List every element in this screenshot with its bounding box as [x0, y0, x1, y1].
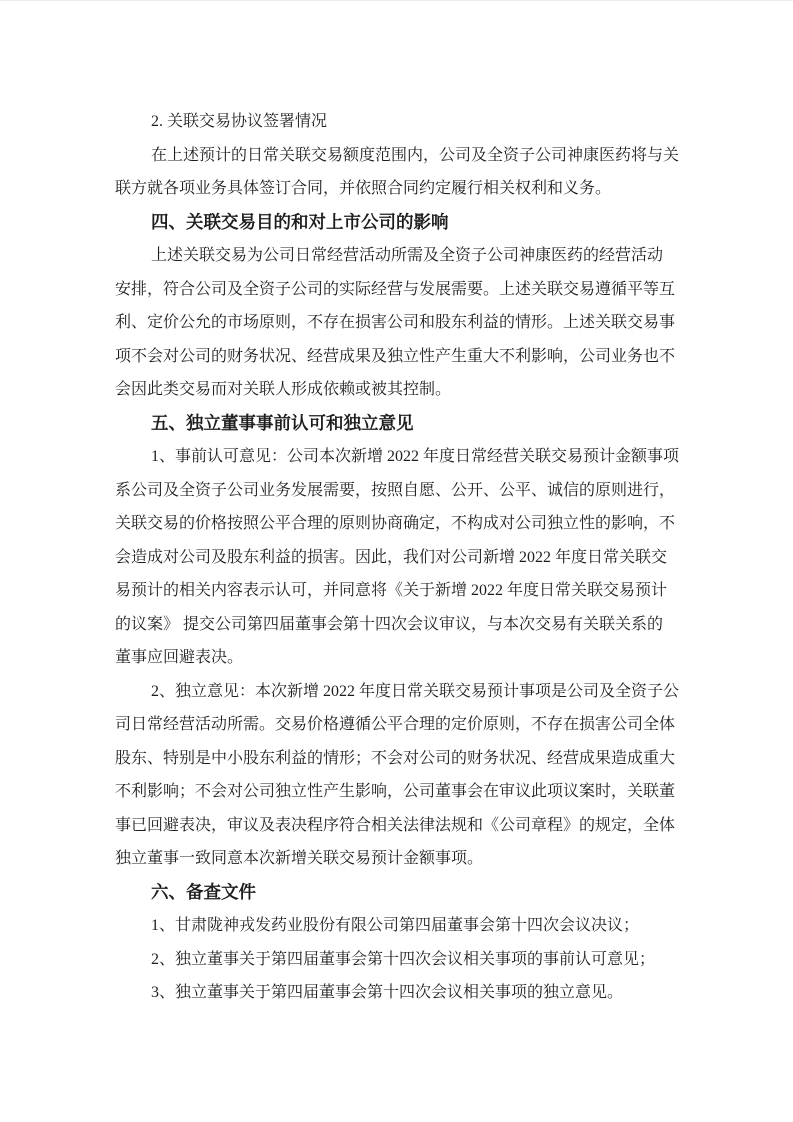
doc-line: 2. 关联交易协议签署情况: [115, 105, 677, 139]
doc-line: 2、独立意见：本次新增 2022 年度日常关联交易预计事项是公司及全资子公: [115, 675, 677, 709]
doc-line: 联方就各项业务具体签订合同，并依照合同约定履行相关权利和义务。: [115, 172, 677, 206]
doc-line: 事已回避表决，审议及表决程序符合相关法律法规和《公司章程》的规定，全体: [115, 809, 677, 843]
doc-line: 董事应回避表决。: [115, 641, 677, 675]
doc-line: 安排，符合公司及全资子公司的实际经营与发展需要。上述关联交易遵循平等互: [115, 273, 677, 307]
doc-line: 会因此类交易而对关联人形成依赖或被其控制。: [115, 373, 677, 407]
doc-line: 上述关联交易为公司日常经营活动所需及全资子公司神康医药的经营活动: [115, 239, 677, 273]
doc-line: 关联交易的价格按照公平合理的原则协商确定，不构成对公司独立性的影响，不: [115, 507, 677, 541]
doc-line: 3、独立董事关于第四届董事会第十四次会议相关事项的独立意见。: [115, 976, 677, 1010]
doc-line: 易预计的相关内容表示认可，并同意将《关于新增 2022 年度日常关联交易预计: [115, 574, 677, 608]
doc-line: 项不会对公司的财务状况、经营成果及独立性产生重大不利影响，公司业务也不: [115, 340, 677, 374]
doc-line: 2、独立董事关于第四届董事会第十四次会议相关事项的事前认可意见；: [115, 943, 677, 977]
document-page: 2. 关联交易协议签署情况 在上述预计的日常关联交易额度范围内，公司及全资子公司…: [0, 0, 793, 1122]
section-heading-6: 六、备查文件: [115, 876, 677, 910]
doc-line: 系公司及全资子公司业务发展需要，按照自愿、公开、公平、诚信的原则进行，: [115, 474, 677, 508]
doc-line: 的议案》 提交公司第四届董事会第十四次会议审议，与本次交易有关联关系的: [115, 608, 677, 642]
doc-line: 股东、特别是中小股东利益的情形；不会对公司的财务状况、经营成果造成重大: [115, 742, 677, 776]
doc-line: 利、定价公允的市场原则，不存在损害公司和股东利益的情形。上述关联交易事: [115, 306, 677, 340]
doc-line: 会造成对公司及股东利益的损害。因此，我们对公司新增 2022 年度日常关联交: [115, 541, 677, 575]
doc-line: 不利影响；不会对公司独立性产生影响，公司董事会在审议此项议案时，关联董: [115, 775, 677, 809]
section-heading-4: 四、关联交易目的和对上市公司的影响: [115, 206, 677, 240]
doc-line: 1、事前认可意见：公司本次新增 2022 年度日常经营关联交易预计金额事项: [115, 440, 677, 474]
doc-line: 司日常经营活动所需。交易价格遵循公平合理的定价原则，不存在损害公司全体: [115, 708, 677, 742]
doc-line: 在上述预计的日常关联交易额度范围内，公司及全资子公司神康医药将与关: [115, 139, 677, 173]
doc-line: 1、甘肃陇神戎发药业股份有限公司第四届董事会第十四次会议决议；: [115, 909, 677, 943]
doc-line: 独立董事一致同意本次新增关联交易预计金额事项。: [115, 842, 677, 876]
section-heading-5: 五、独立董事事前认可和独立意见: [115, 407, 677, 441]
